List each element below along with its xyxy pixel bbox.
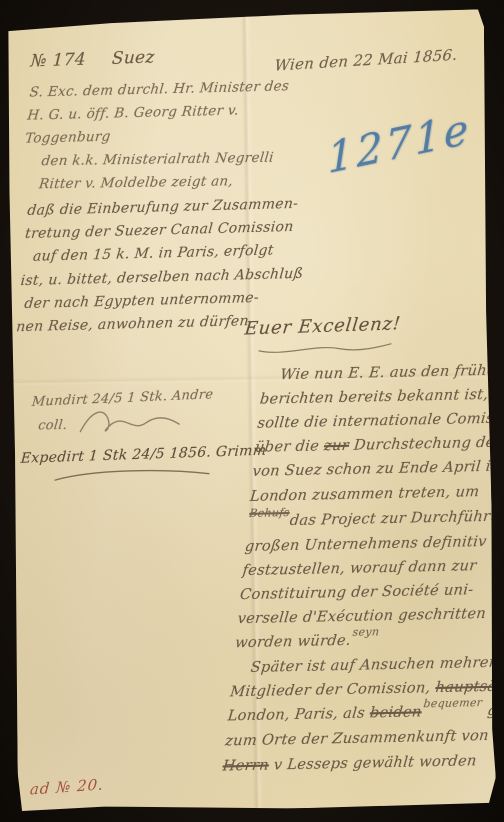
file-reference-red: ad № 20. (29, 775, 104, 798)
body-text: gelegener, (482, 701, 504, 720)
address-line: den k.k. Ministerialrath Negrelli (40, 147, 275, 174)
address-line: Ritter v. Moldelbe zeigt an, (38, 170, 273, 197)
body-text: von Suez schon zu Ende April in (252, 458, 502, 480)
salutation: Euer Excellenz! (244, 313, 402, 339)
date-line: Wien den 22 Mai 1856. (274, 46, 458, 75)
struck-insertion: Behufs (248, 501, 291, 526)
addressee-block: S. Exc. dem durchl. Hr. Minister des H. … (24, 75, 290, 151)
body-text: das Project zur Durchführung dieses (289, 506, 504, 529)
body-text: Mitglieder der Comission, (229, 679, 436, 700)
inserted-word: seyn (351, 620, 380, 645)
docket-subject: Suez (111, 47, 155, 68)
salutation-flourish-icon (255, 341, 395, 357)
struck-word: beiden (369, 704, 423, 722)
inserted-word: bequemer (422, 691, 483, 716)
body-text: worden würde. (234, 632, 351, 651)
body-text: London, Paris, als (227, 705, 371, 725)
body-text: Durchstechung der Landenge (348, 432, 504, 454)
struck-word: Herrn (222, 756, 270, 774)
clerk-paraph-icon (74, 404, 185, 440)
letter-body: Wie nun E. E. aus den früheren berichten… (221, 356, 504, 778)
sender-block: den k.k. Ministerialrath Negrelli Ritter… (38, 147, 275, 197)
expedirt-underline-icon (53, 466, 213, 485)
body-text: über die (254, 438, 325, 456)
photo-background: { "palette": { "background": "#15100b", … (0, 0, 504, 822)
struck-word: zur (323, 437, 350, 455)
expedirt-note: Expedirt 1 Stk 24/5 1856. Grimm (20, 443, 267, 467)
body-text: v Lesseps gewählt worden (268, 752, 477, 773)
blue-registration-number: 1271e (327, 103, 472, 183)
docket-line: № 174Suez (30, 47, 155, 71)
collation-note: coll. (37, 418, 68, 433)
docket-number: № 174 (30, 50, 87, 72)
manuscript-page: № 174Suez Wien den 22 Mai 1856. 1271e S.… (6, 9, 496, 812)
